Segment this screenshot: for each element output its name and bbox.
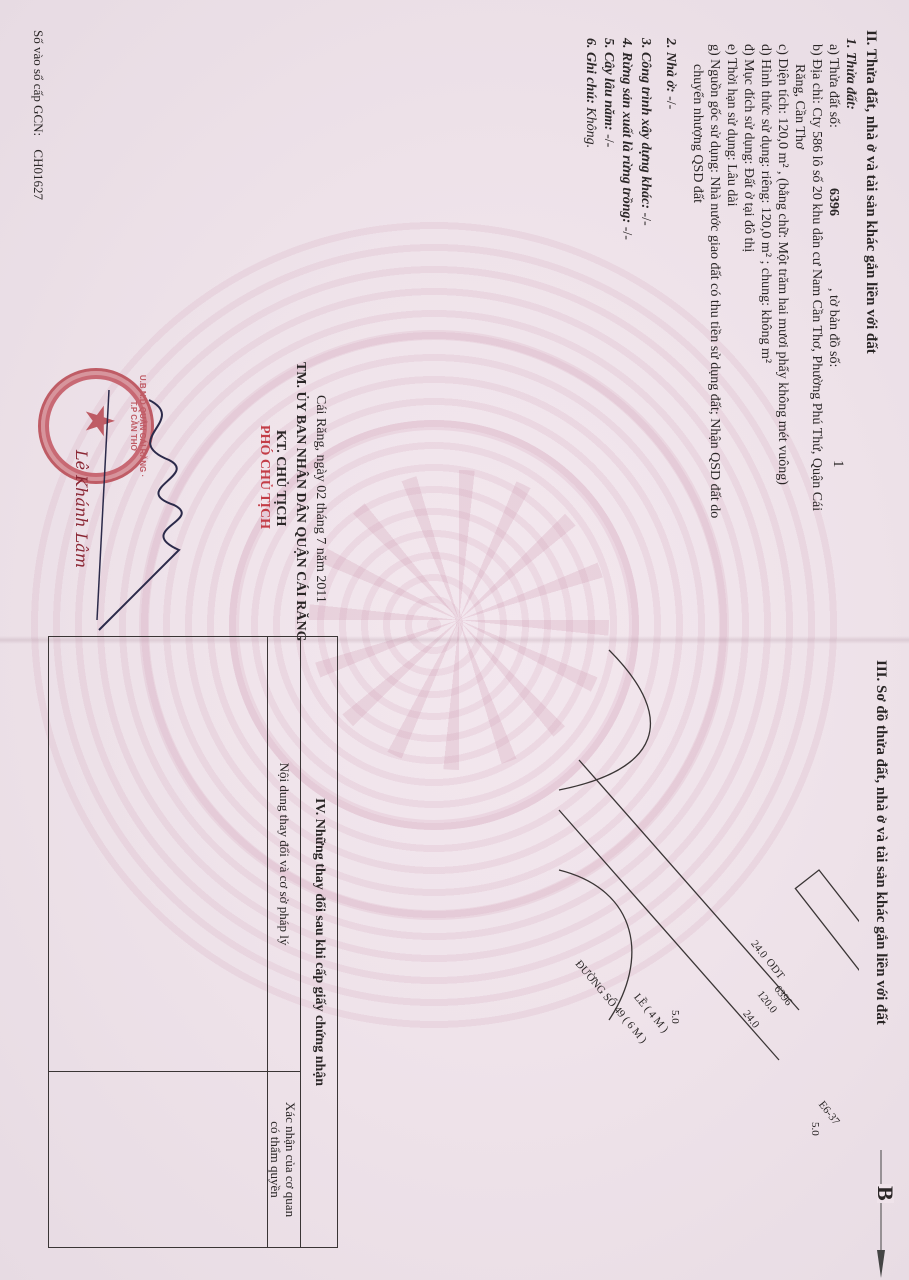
registry-label: Số vào sổ cấp GCN:	[31, 30, 46, 136]
signer-role: KT. CHỦ TỊCH	[272, 430, 289, 526]
land-heading: 1. Thửa đất:	[842, 38, 859, 110]
map-sheet-label: , tờ bản đồ số:	[825, 288, 842, 367]
issuing-authority: TM. ỦY BAN NHÂN DÂN QUẬN CÁI RĂNG	[292, 362, 309, 641]
registry-number: Số vào sổ cấp GCN: CH01627	[30, 30, 47, 200]
item-label: 2. Nhà ở:	[663, 38, 678, 93]
usage-origin-line-1: g) Nguồn gốc sử dụng: Nhà nước giao đất …	[706, 44, 723, 518]
usage-origin-line-2: chuyển nhượng QSD đất	[689, 64, 706, 203]
section-iv-title: IV. Những thay đổi sau khi cấp giấy chứn…	[300, 637, 337, 1247]
section-ii-title: II. Thửa đất, nhà ở và tài sản khác gắn …	[862, 30, 879, 354]
area: c) Diện tích: 120,0 m² , (bằng chữ: Một …	[774, 44, 791, 485]
north-arrow: B	[871, 1150, 891, 1280]
side-back-label: 5.0	[806, 1122, 823, 1136]
signature	[89, 380, 209, 640]
column-content-header: Nội dung thay đổi và cơ sở pháp lý	[268, 637, 300, 1072]
column-confirm-header: Xác nhận của cơ quan có thẩm quyền	[268, 1072, 300, 1247]
item-label: 3. Công trình xây dựng khác:	[638, 38, 653, 209]
column-confirm-line-1: Xác nhận của cơ quan	[283, 1072, 298, 1247]
item-value: -/-	[663, 96, 678, 109]
item-value: -/-	[601, 134, 616, 147]
registry-value: CH01627	[31, 149, 46, 200]
north-label: B	[877, 1184, 894, 1203]
deputy-role: PHÓ CHỦ TỊCH	[256, 425, 273, 529]
parcel-map	[539, 640, 859, 1240]
confirm-cell	[49, 1072, 267, 1247]
usage-purpose: đ) Mục đích sử dụng: Đất ở tại đô thị	[740, 44, 757, 252]
content-cell	[49, 637, 267, 1072]
item-label: 6. Ghi chú:	[583, 38, 598, 104]
column-confirm-line-2: có thẩm quyền	[268, 1072, 283, 1247]
item-label: 5. Cây lâu năm:	[601, 38, 616, 131]
item-label: 4. Rừng sản xuất là rừng trồng:	[619, 38, 634, 223]
item-notes: 6. Ghi chú: Không.	[582, 38, 599, 148]
certificate-page: II. Thửa đất, nhà ở và tài sản khác gắn …	[0, 0, 909, 1280]
item-value: Không.	[583, 107, 598, 148]
address-line-1: b) Địa chỉ: Cty 586 lô số 20 khu dân cư …	[808, 44, 825, 511]
parcel-label: a) Thửa đất số:	[825, 44, 842, 128]
item-production-forest: 4. Rừng sản xuất là rừng trồng: -/-	[618, 38, 635, 240]
item-value: -/-	[638, 212, 653, 225]
changes-table: IV. Những thay đổi sau khi cấp giấy chứn…	[48, 636, 338, 1248]
address-line-2: Răng, Cần Thơ	[791, 64, 808, 149]
signer-name: Lê Khánh Lâm	[72, 450, 91, 568]
parcel-number: 6396	[825, 188, 842, 216]
issue-date: Cái Răng, ngày 02 tháng 7 năm 2011	[312, 395, 329, 603]
usage-form: d) Hình thức sử dụng: riêng: 120,0 m² ; …	[757, 44, 774, 363]
map-sheet-number: 1	[829, 460, 846, 468]
item-other-construction: 3. Công trình xây dựng khác: -/-	[637, 38, 654, 226]
usage-term: e) Thời hạn sử dụng: Lâu dài	[723, 44, 740, 206]
item-perennial-trees: 5. Cây lâu năm: -/-	[600, 38, 617, 147]
table-header-row: Nội dung thay đổi và cơ sở pháp lý Xác n…	[267, 637, 300, 1247]
item-value: -/-	[619, 227, 634, 240]
section-iii-title: III. Sơ đồ thửa đất, nhà ở và tài sản kh…	[872, 660, 889, 1025]
item-house: 2. Nhà ở: -/-	[662, 38, 679, 109]
table-row	[49, 637, 267, 1247]
